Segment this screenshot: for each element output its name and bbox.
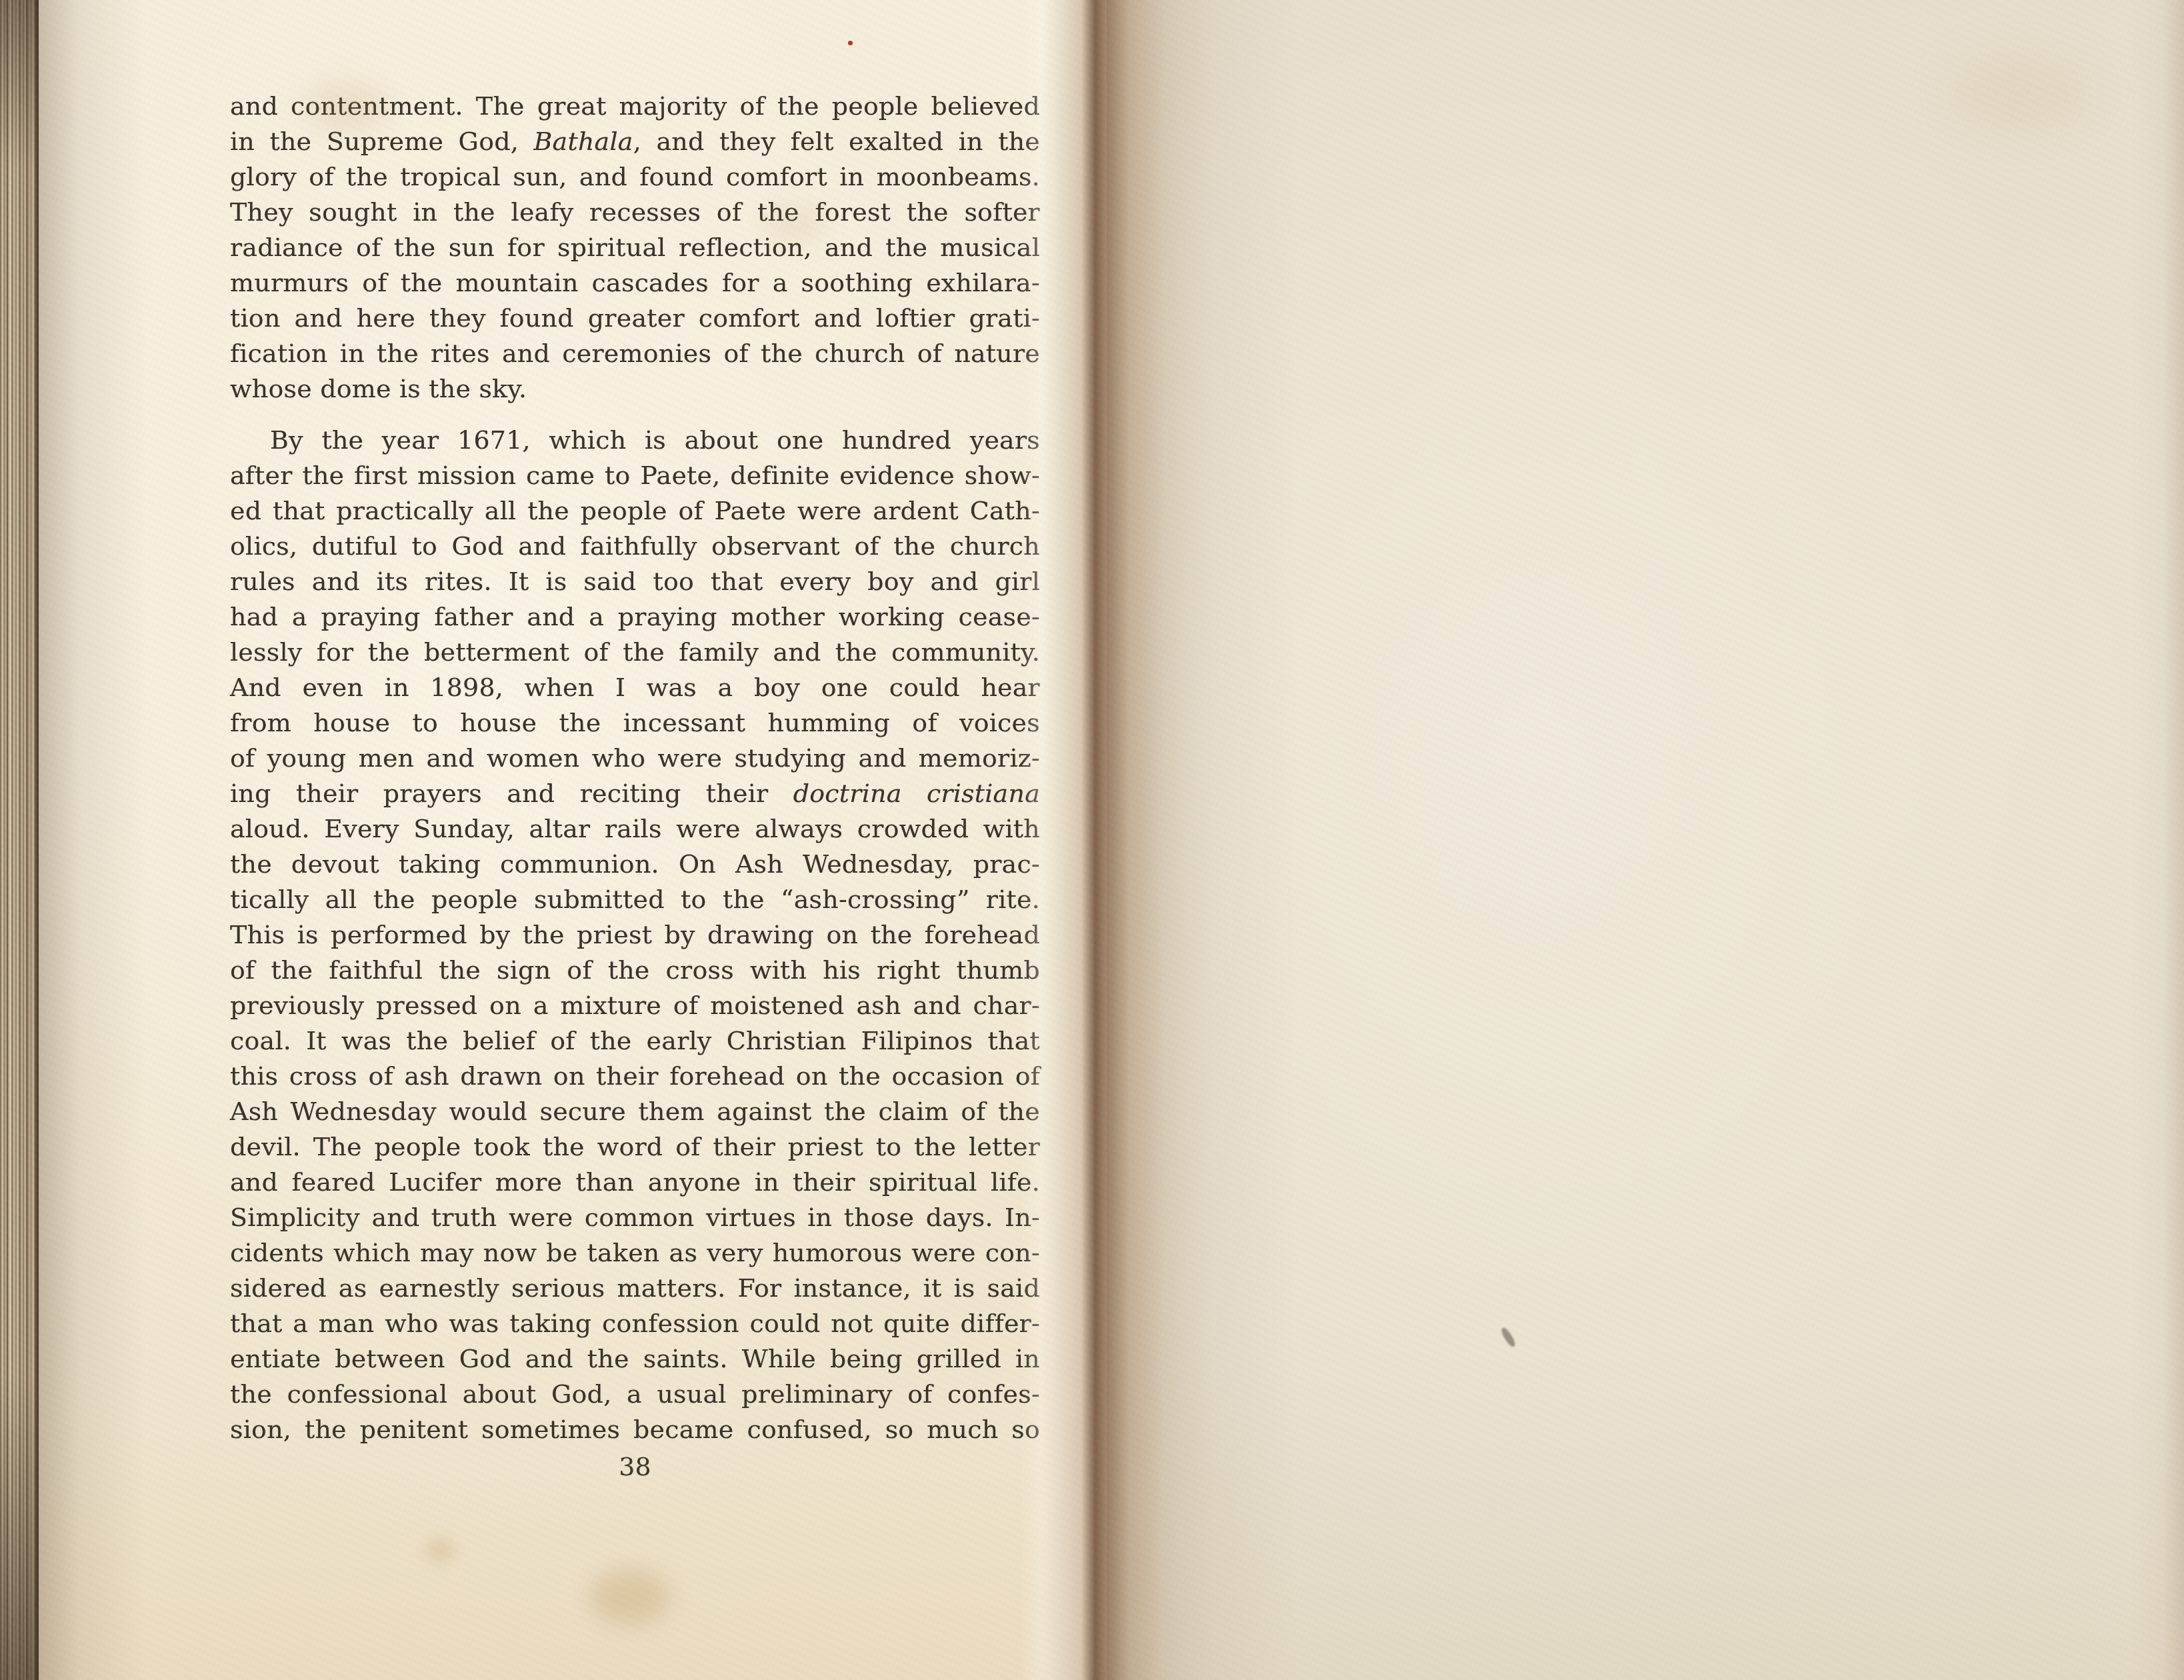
text-line: glory of the tropical sun, and found com… (230, 159, 1040, 195)
text-line: entiate between God and the saints. Whil… (230, 1341, 1040, 1377)
text-line: previously pressed on a mixture of moist… (230, 988, 1040, 1023)
text-line: Ash Wednesday would secure them against … (230, 1094, 1040, 1129)
text-line: sidered as earnestly serious matters. Fo… (230, 1271, 1040, 1306)
text-line: and contentment. The great majority of t… (230, 89, 1040, 124)
text-line: radiance of the sun for spiritual reflec… (230, 230, 1040, 265)
text-line: fication in the rites and ceremonies of … (230, 336, 1040, 371)
text-line: this cross of ash drawn on their forehea… (230, 1059, 1040, 1094)
text-line: and feared Lucifer more than anyone in t… (230, 1165, 1040, 1200)
text-line: murmurs of the mountain cascades for a s… (230, 265, 1040, 301)
text-line: had a praying father and a praying mothe… (230, 599, 1040, 635)
text-line: devil. The people took the word of their… (230, 1129, 1040, 1165)
text-line: from house to house the incessant hummin… (230, 705, 1040, 741)
text-line: This is performed by the priest by drawi… (230, 917, 1040, 953)
text-line: Simplicity and truth were common virtues… (230, 1200, 1040, 1235)
text-line: coal. It was the belief of the early Chr… (230, 1023, 1040, 1059)
text-line: of young men and women who were studying… (230, 741, 1040, 776)
text-line: ing their prayers and reciting their doc… (230, 776, 1040, 811)
text-line: sion, the penitent sometimes became conf… (230, 1412, 1040, 1447)
text-line: And even in 1898, when I was a boy one c… (230, 670, 1040, 705)
page-stack-edge (0, 0, 39, 1680)
right-page-blank (1107, 0, 2184, 1680)
paragraph: By the year 1671, which is about one hun… (230, 423, 1040, 1447)
text-line: ed that practically all the people of Pa… (230, 493, 1040, 529)
page-number: 38 (230, 1452, 1040, 1481)
text-line: whose dome is the sky. (230, 371, 1040, 407)
text-line: aloud. Every Sunday, altar rails were al… (230, 811, 1040, 847)
text-line: after the first mission came to Paete, d… (230, 458, 1040, 493)
text-line: They sought in the leafy recesses of the… (230, 195, 1040, 230)
text-line: tically all the people submitted to the … (230, 882, 1040, 917)
text-block: and contentment. The great majority of t… (230, 89, 1040, 1447)
text-line: olics, dutiful to God and faithfully obs… (230, 529, 1040, 564)
paragraph: and contentment. The great majority of t… (230, 89, 1040, 407)
text-line: rules and its rites. It is said too that… (230, 564, 1040, 599)
book-spread: and contentment. The great majority of t… (0, 0, 2184, 1680)
text-line: in the Supreme God, Bathala, and they fe… (230, 124, 1040, 159)
text-line: of the faithful the sign of the cross wi… (230, 953, 1040, 988)
text-line: the devout taking communion. On Ash Wedn… (230, 847, 1040, 882)
text-line: lessly for the betterment of the family … (230, 635, 1040, 670)
text-line: tion and here they found greater comfort… (230, 301, 1040, 336)
text-line: By the year 1671, which is about one hun… (230, 423, 1040, 458)
text-line: the confessional about God, a usual prel… (230, 1377, 1040, 1412)
text-line: cidents which may now be taken as very h… (230, 1235, 1040, 1271)
left-page: and contentment. The great majority of t… (0, 0, 1107, 1680)
text-line: that a man who was taking confession cou… (230, 1306, 1040, 1341)
